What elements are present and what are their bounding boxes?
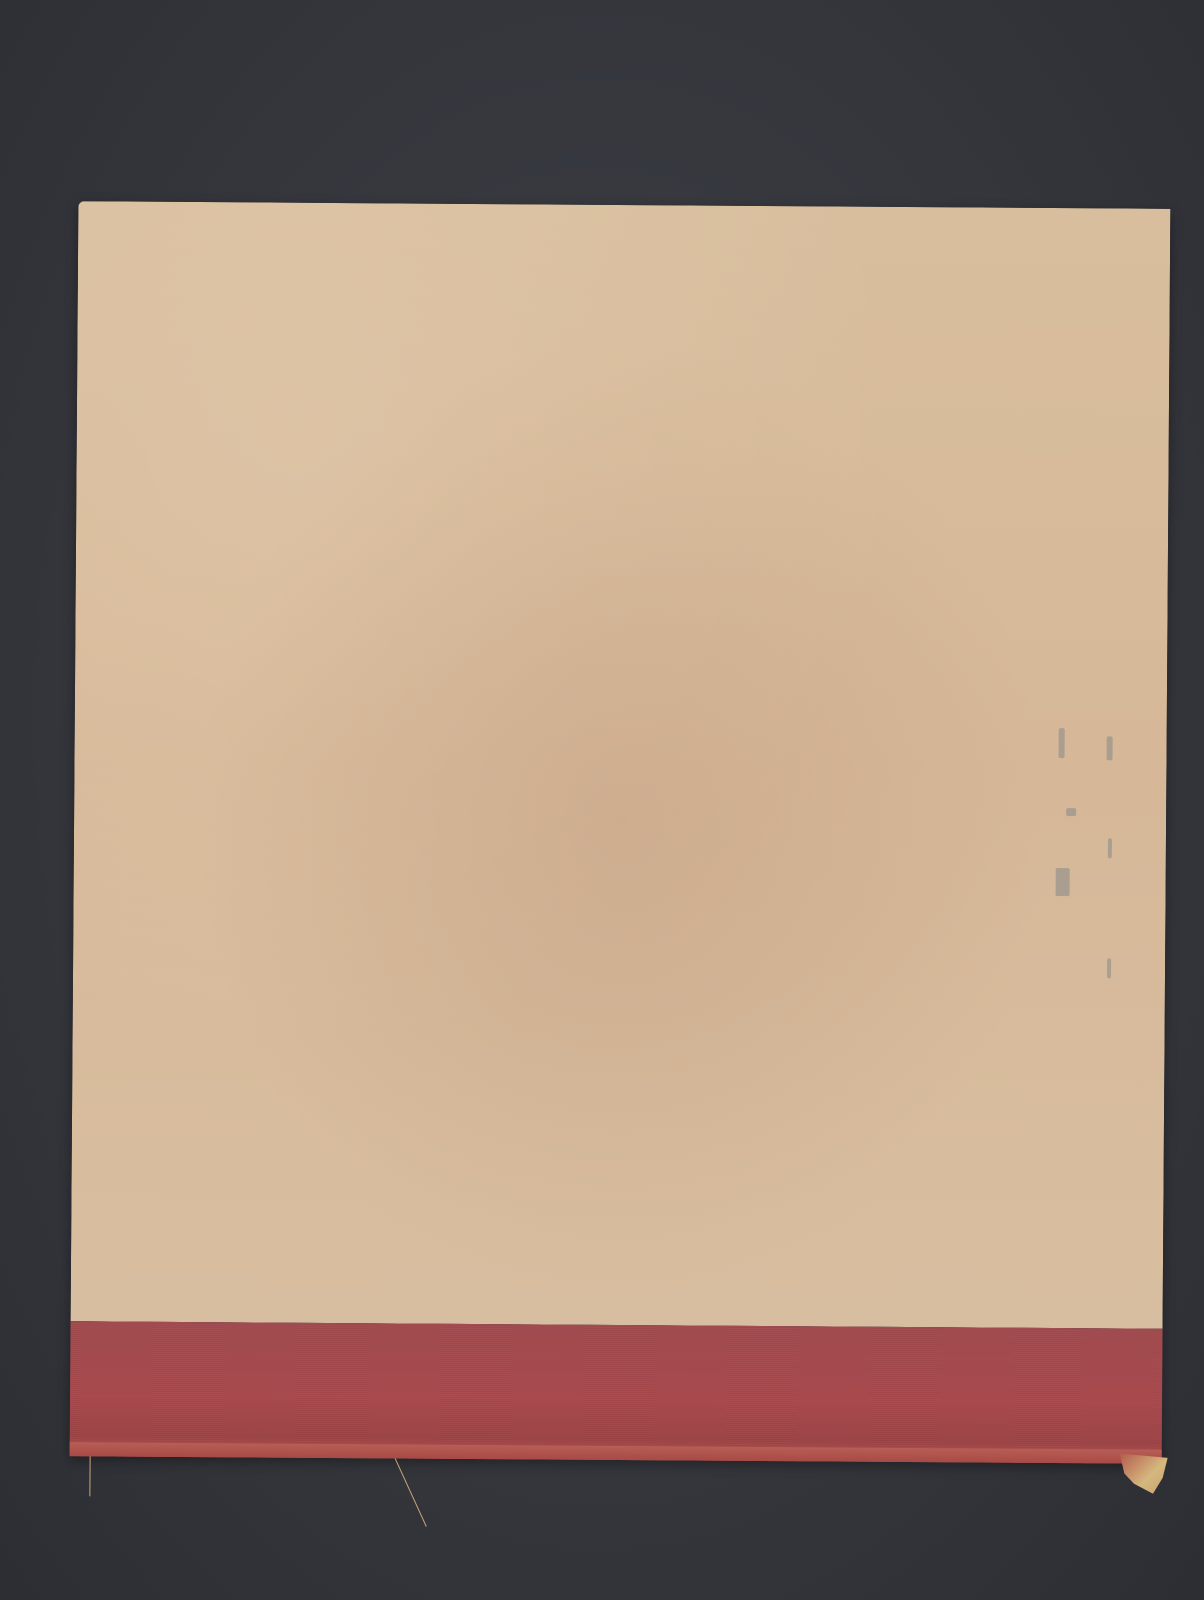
photo-scene (0, 0, 1204, 1600)
fray-thread (395, 1458, 427, 1527)
torn-corner (1119, 1454, 1167, 1494)
book-back-cover (70, 201, 1171, 1464)
faint-marks (1043, 728, 1146, 1199)
paper-cover-panel (71, 201, 1171, 1329)
cloth-spine-band (70, 1321, 1163, 1464)
fray-thread (89, 1456, 90, 1496)
cloth-bottom-edge (70, 1442, 1162, 1464)
